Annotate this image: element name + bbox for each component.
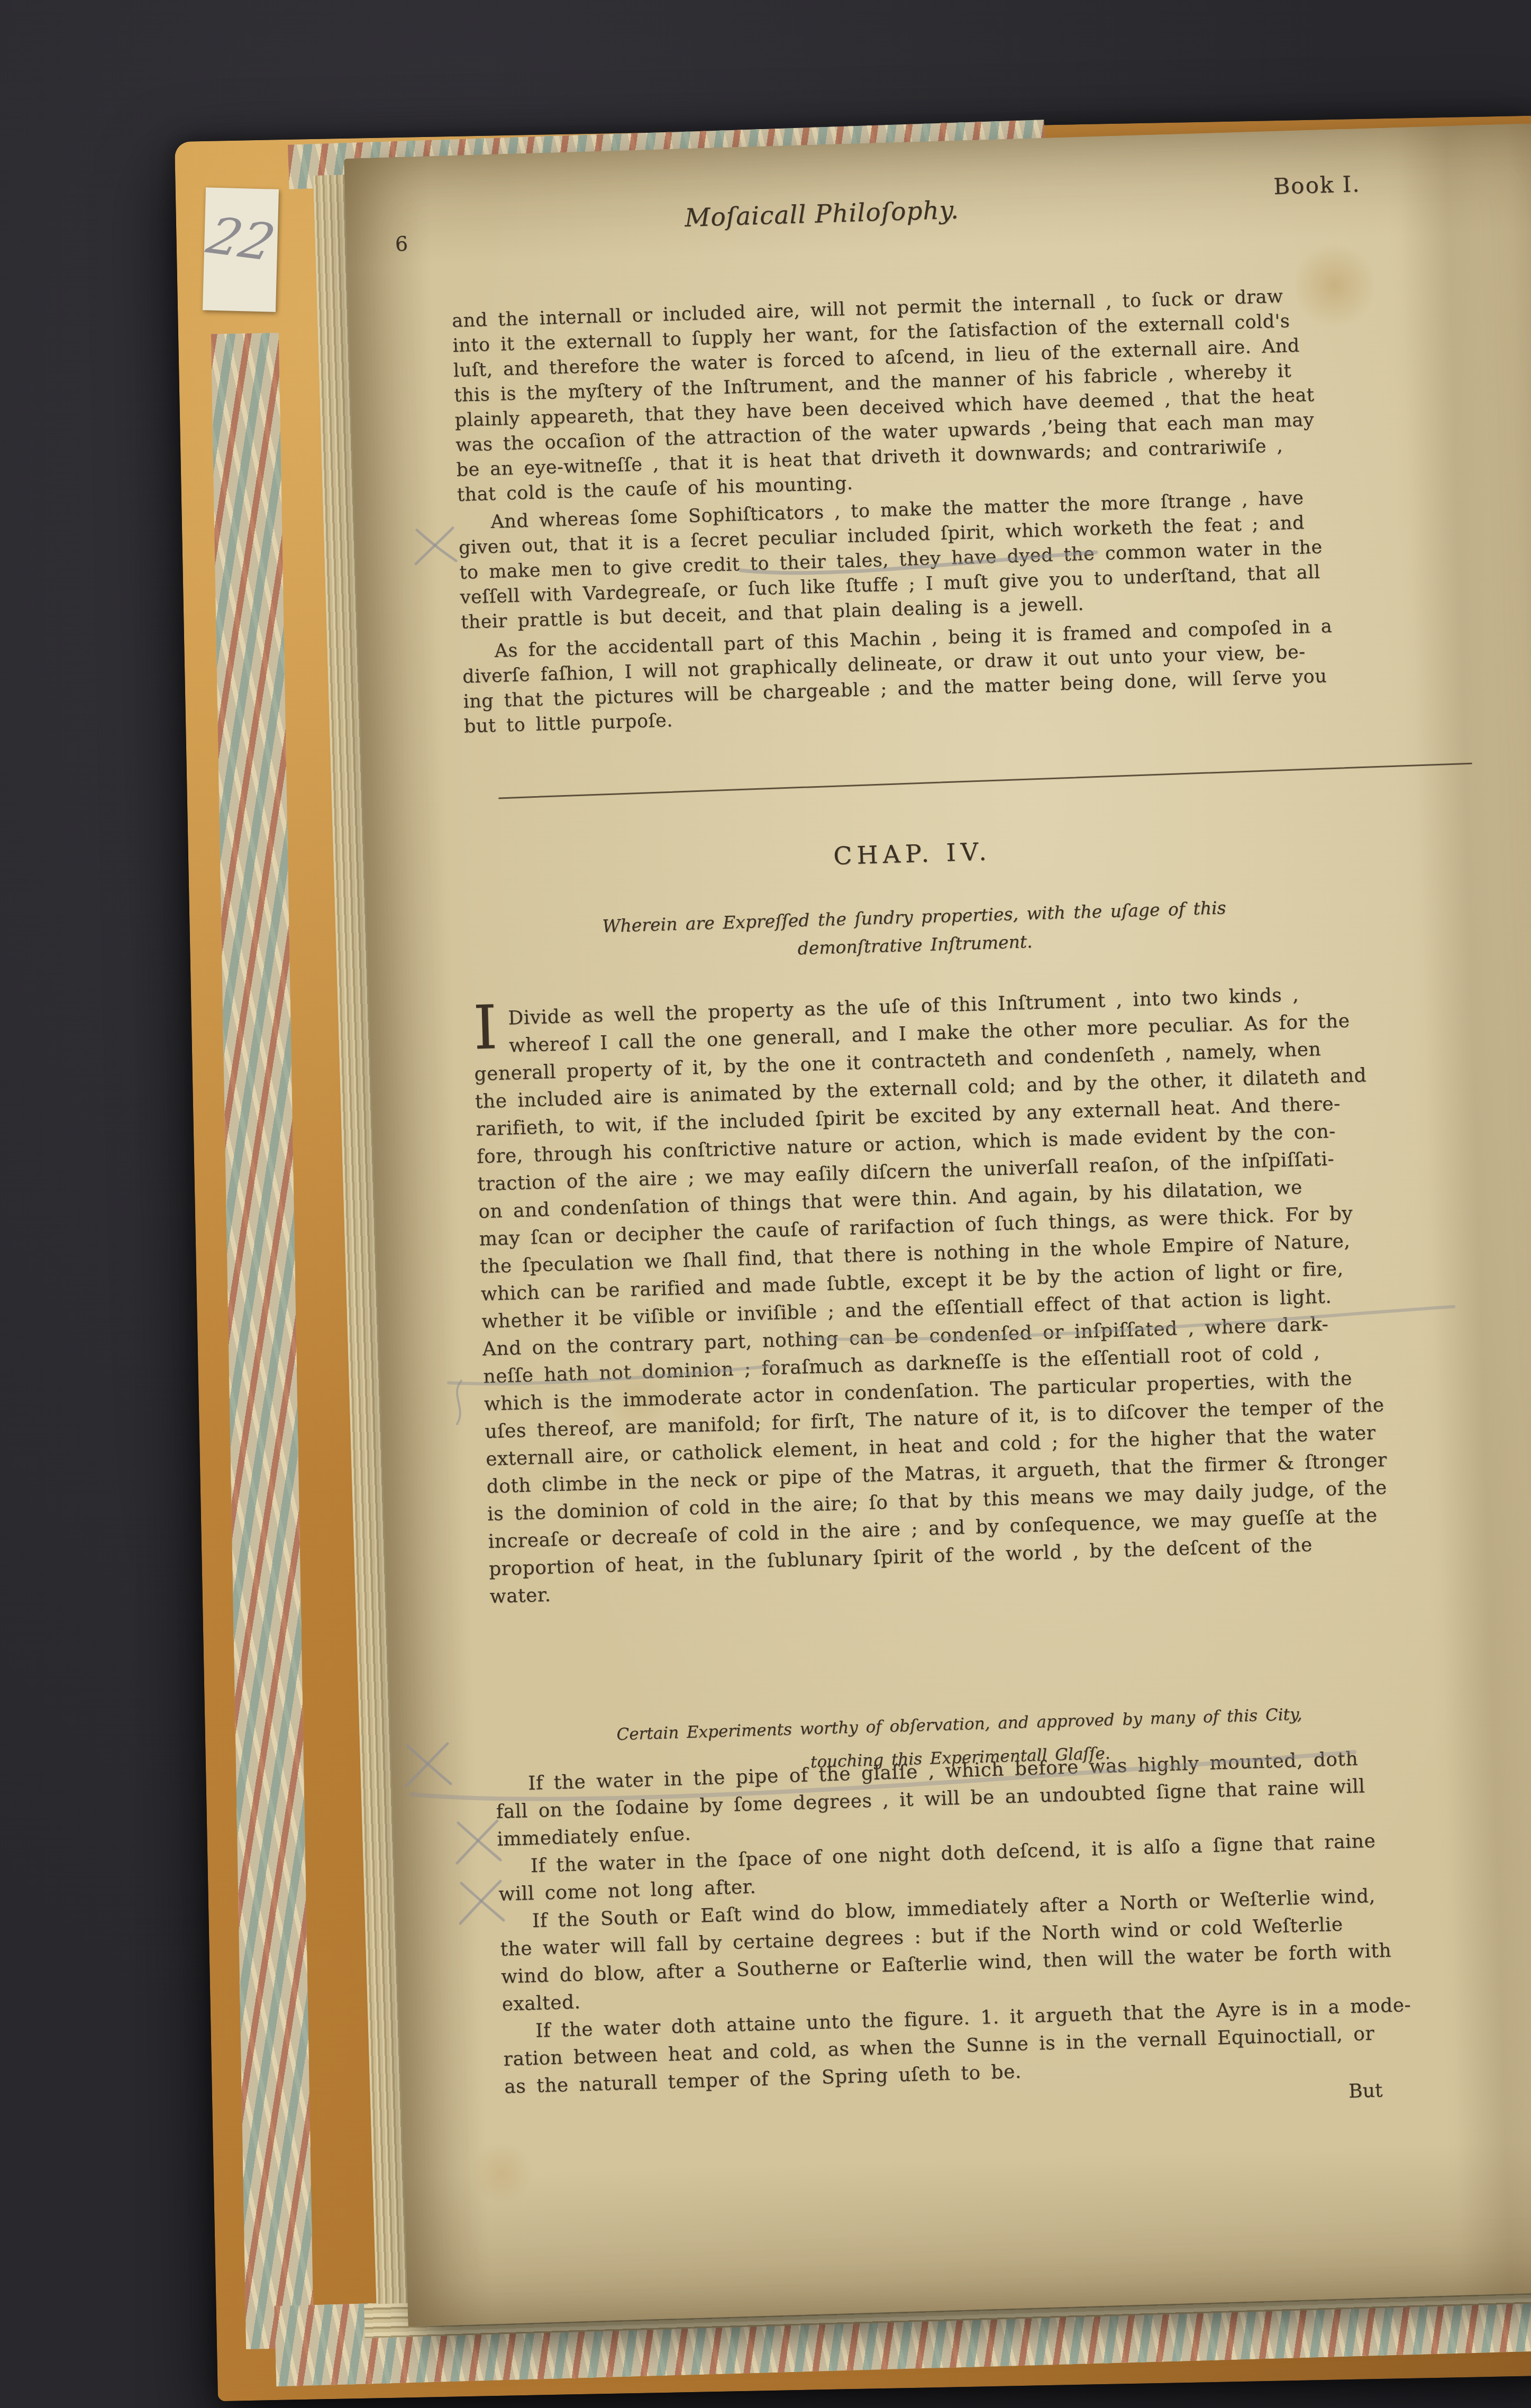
opening-paragraph: and the internall or included aire, will… (452, 279, 1473, 508)
photographed-book-scan: 22 6 Moſaicall Philoſophy. Book I. and t… (0, 0, 1531, 2408)
handwritten-shelf-number: 22 (201, 206, 280, 272)
chapter-subtitle: Wherein are Expreſſed the ſundry propert… (470, 890, 1360, 972)
running-title: Moſaicall Philoſophy. (568, 192, 1076, 236)
catchword: But (1348, 2079, 1383, 2102)
book-part-label: Book I. (1273, 171, 1361, 199)
printed-text-layer: 6 Moſaicall Philoſophy. Book I. and the … (344, 123, 1531, 2327)
chapter-heading: CHAP. IV. (468, 826, 1357, 881)
drop-cap-initial: I (472, 1000, 498, 1055)
section-divider-rule (498, 763, 1472, 799)
chapter-body: generall property of it, by the one it c… (474, 1031, 1506, 1611)
page-number: 6 (395, 232, 408, 256)
sophisticators-paragraph: And whereas ſome Sophiſticators , to mak… (458, 481, 1477, 635)
book-page: 6 Moſaicall Philoſophy. Book I. and the … (344, 123, 1531, 2327)
shelf-label: 22 (203, 187, 279, 312)
